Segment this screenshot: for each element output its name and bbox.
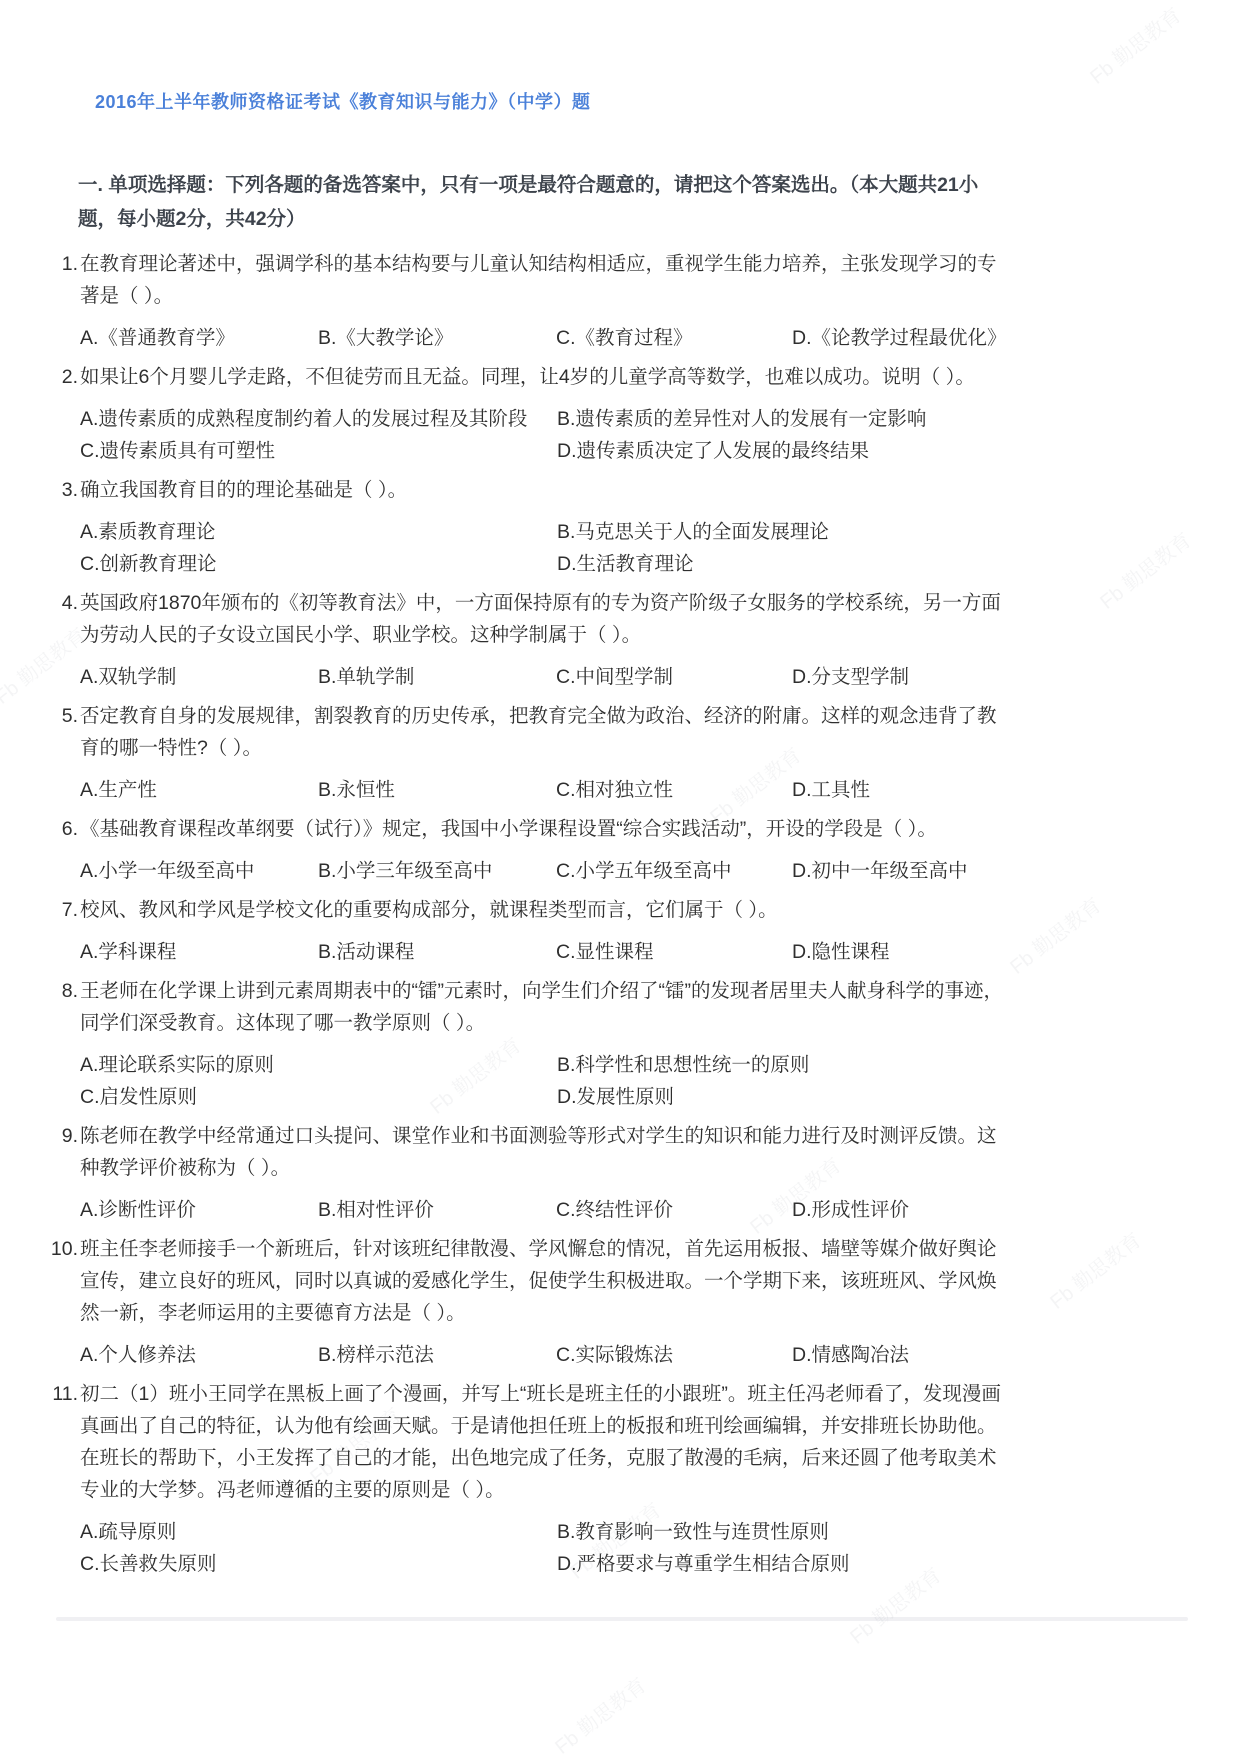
question-number: 7. — [44, 894, 80, 926]
question-item: 4. 英国政府1870年颁布的《初等教育法》中，一方面保持原有的专为资产阶级子女… — [44, 587, 1012, 688]
question-item: 1. 在教育理论著述中，强调学科的基本结构要与儿童认知结构相适应，重视学生能力培… — [44, 248, 1012, 349]
option: A.遗传素质的成熟程度制约着人的发展过程及其阶段 — [80, 409, 557, 430]
option: A.理论联系实际的原则 — [80, 1055, 557, 1076]
option: B.教育影响一致性与连贯性原则 — [557, 1522, 1012, 1543]
section-heading: 一. 单项选择题：下列各题的备选答案中，只有一项是最符合题意的，请把这个答案选出… — [78, 168, 1012, 236]
question-options: A.疏导原则 B.教育影响一致性与连贯性原则 C.长善救失原则 D.严格要求与尊… — [80, 1522, 1012, 1575]
question-item: 9. 陈老师在教学中经常通过口头提问、课堂作业和书面测验等形式对学生的知识和能力… — [44, 1120, 1012, 1221]
option: D.生活教育理论 — [557, 554, 1012, 575]
option: C.《教育过程》 — [556, 328, 792, 349]
question-options: A.小学一年级至高中 B.小学三年级至高中 C.小学五年级至高中 D.初中一年级… — [80, 861, 1012, 882]
question-options: A.素质教育理论 B.马克思关于人的全面发展理论 C.创新教育理论 D.生活教育… — [80, 522, 1012, 575]
option: D.工具性 — [792, 780, 1012, 801]
question-options: A.诊断性评价 B.相对性评价 C.终结性评价 D.形成性评价 — [80, 1200, 1012, 1221]
option: D.情感陶冶法 — [792, 1345, 1012, 1366]
question-text: 确立我国教育目的的理论基础是（ ）。 — [80, 474, 1012, 506]
option: A.疏导原则 — [80, 1522, 557, 1543]
option: D.隐性课程 — [792, 942, 1012, 963]
option: B.马克思关于人的全面发展理论 — [557, 522, 1012, 543]
question-item: 7. 校风、教风和学风是学校文化的重要构成部分，就课程类型而言，它们属于（ ）。… — [44, 894, 1012, 963]
option: A.生产性 — [80, 780, 318, 801]
option: B.小学三年级至高中 — [318, 861, 556, 882]
question-item: 10. 班主任李老师接手一个新班后，针对该班纪律散漫、学风懈怠的情况，首先运用板… — [44, 1233, 1012, 1366]
option: A.小学一年级至高中 — [80, 861, 318, 882]
page-title[interactable]: 2016年上半年教师资格证考试《教育知识与能力》（中学）题 — [95, 90, 1012, 114]
option: A.双轨学制 — [80, 667, 318, 688]
question-options: A.理论联系实际的原则 B.科学性和思想性统一的原则 C.启发性原则 D.发展性… — [80, 1055, 1012, 1108]
question-number: 5. — [44, 700, 80, 764]
option: C.中间型学制 — [556, 667, 792, 688]
option: B.永恒性 — [318, 780, 556, 801]
option: C.终结性评价 — [556, 1200, 792, 1221]
question-item: 6. 《基础教育课程改革纲要（试行）》规定，我国中小学课程设置“综合实践活动”，… — [44, 813, 1012, 882]
question-text: 初二（1）班小王同学在黑板上画了个漫画，并写上“班长是班主任的小跟班”。班主任冯… — [80, 1378, 1012, 1506]
question-text: 在教育理论著述中，强调学科的基本结构要与儿童认知结构相适应，重视学生能力培养，主… — [80, 248, 1012, 312]
question-text: 如果让6个月婴儿学走路，不但徒劳而且无益。同理，让4岁的儿童学高等数学，也难以成… — [80, 361, 1012, 393]
question-item: 8. 王老师在化学课上讲到元素周期表中的“镭”元素时，向学生们介绍了“镭”的发现… — [44, 975, 1012, 1108]
question-item: 2. 如果让6个月婴儿学走路，不但徒劳而且无益。同理，让4岁的儿童学高等数学，也… — [44, 361, 1012, 462]
question-text: 英国政府1870年颁布的《初等教育法》中，一方面保持原有的专为资产阶级子女服务的… — [80, 587, 1012, 651]
question-number: 4. — [44, 587, 80, 651]
question-options: A.双轨学制 B.单轨学制 C.中间型学制 D.分支型学制 — [80, 667, 1012, 688]
document-body: 2016年上半年教师资格证考试《教育知识与能力》（中学）题 一. 单项选择题：下… — [0, 0, 1240, 1621]
question-text: 王老师在化学课上讲到元素周期表中的“镭”元素时，向学生们介绍了“镭”的发现者居里… — [80, 975, 1012, 1039]
question-item: 5. 否定教育自身的发展规律，割裂教育的历史传承，把教育完全做为政治、经济的附庸… — [44, 700, 1012, 801]
question-number: 8. — [44, 975, 80, 1039]
watermark: Fb 勤思教育 — [548, 1670, 652, 1754]
question-number: 10. — [44, 1233, 80, 1329]
option: A.素质教育理论 — [80, 522, 557, 543]
question-number: 3. — [44, 474, 80, 506]
option: D.分支型学制 — [792, 667, 1012, 688]
question-number: 1. — [44, 248, 80, 312]
option: A.《普通教育学》 — [80, 328, 318, 349]
question-number: 9. — [44, 1120, 80, 1184]
option: D.《论教学过程最优化》 — [792, 328, 1012, 349]
question-options: A.个人修养法 B.榜样示范法 C.实际锻炼法 D.情感陶冶法 — [80, 1345, 1012, 1366]
page-bottom-divider — [56, 1617, 1188, 1621]
question-number: 6. — [44, 813, 80, 845]
question-text: 校风、教风和学风是学校文化的重要构成部分，就课程类型而言，它们属于（ ）。 — [80, 894, 1012, 926]
question-item: 11. 初二（1）班小王同学在黑板上画了个漫画，并写上“班长是班主任的小跟班”。… — [44, 1378, 1012, 1575]
option: C.小学五年级至高中 — [556, 861, 792, 882]
option: B.榜样示范法 — [318, 1345, 556, 1366]
option: D.遗传素质决定了人发展的最终结果 — [557, 441, 1012, 462]
option: B.活动课程 — [318, 942, 556, 963]
option: C.启发性原则 — [80, 1087, 557, 1108]
question-options: A.遗传素质的成熟程度制约着人的发展过程及其阶段 B.遗传素质的差异性对人的发展… — [80, 409, 1012, 462]
question-number: 11. — [44, 1378, 80, 1506]
option: C.创新教育理论 — [80, 554, 557, 575]
option: D.严格要求与尊重学生相结合原则 — [557, 1554, 1012, 1575]
exam-page: Fb 勤思教育 Fb 勤思教育 Fb 勤思教育 Fb 勤思教育 Fb 勤思教育 … — [0, 0, 1240, 1754]
option: A.学科课程 — [80, 942, 318, 963]
question-options: A.《普通教育学》 B.《大教学论》 C.《教育过程》 D.《论教学过程最优化》 — [80, 328, 1012, 349]
option: C.相对独立性 — [556, 780, 792, 801]
option: C.实际锻炼法 — [556, 1345, 792, 1366]
option: A.个人修养法 — [80, 1345, 318, 1366]
option: B.《大教学论》 — [318, 328, 556, 349]
question-options: A.生产性 B.永恒性 C.相对独立性 D.工具性 — [80, 780, 1012, 801]
question-item: 3. 确立我国教育目的的理论基础是（ ）。 A.素质教育理论 B.马克思关于人的… — [44, 474, 1012, 575]
option: B.遗传素质的差异性对人的发展有一定影响 — [557, 409, 1012, 430]
question-text: 陈老师在教学中经常通过口头提问、课堂作业和书面测验等形式对学生的知识和能力进行及… — [80, 1120, 1012, 1184]
option: C.遗传素质具有可塑性 — [80, 441, 557, 462]
question-options: A.学科课程 B.活动课程 C.显性课程 D.隐性课程 — [80, 942, 1012, 963]
option: C.长善救失原则 — [80, 1554, 557, 1575]
option: D.形成性评价 — [792, 1200, 1012, 1221]
question-text: 班主任李老师接手一个新班后，针对该班纪律散漫、学风懈怠的情况，首先运用板报、墙壁… — [80, 1233, 1012, 1329]
question-number: 2. — [44, 361, 80, 393]
option: A.诊断性评价 — [80, 1200, 318, 1221]
option: D.初中一年级至高中 — [792, 861, 1012, 882]
question-text: 否定教育自身的发展规律，割裂教育的历史传承，把教育完全做为政治、经济的附庸。这样… — [80, 700, 1012, 764]
option: B.相对性评价 — [318, 1200, 556, 1221]
option: B.科学性和思想性统一的原则 — [557, 1055, 1012, 1076]
option: C.显性课程 — [556, 942, 792, 963]
question-text: 《基础教育课程改革纲要（试行）》规定，我国中小学课程设置“综合实践活动”，开设的… — [80, 813, 1012, 845]
option: B.单轨学制 — [318, 667, 556, 688]
option: D.发展性原则 — [557, 1087, 1012, 1108]
